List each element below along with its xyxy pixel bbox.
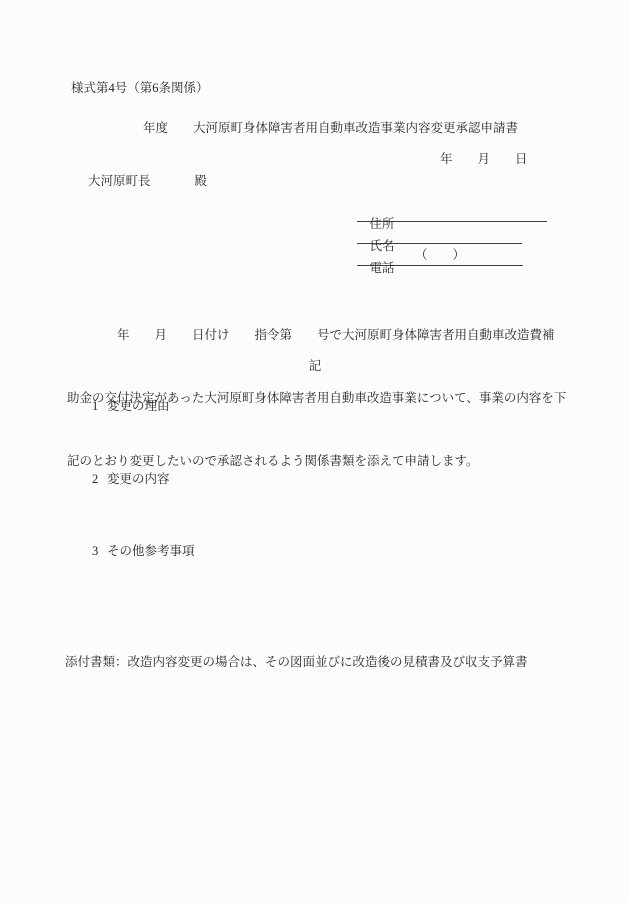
addressee-honorific: 殿 (195, 175, 208, 188)
addressee-name: 大河原町長 (88, 175, 151, 188)
body-paragraph-line-1: 年 月 日付け 指令第 号で大河原町身体障害者用自動車改造費補 (67, 325, 575, 346)
phone-area-code-parentheses: （ ） (415, 249, 465, 262)
title-main-text: 大河原町身体障害者用自動車改造事業内容変更承認申請書 (193, 122, 518, 135)
list-item-1-label: 変更の理由 (107, 400, 170, 413)
list-item-2-label: 変更の内容 (107, 473, 170, 486)
address-field: 住所 (357, 205, 547, 222)
list-item-reason: 1 変更の理由 (92, 400, 170, 413)
list-item-2-number: 2 (92, 473, 107, 486)
record-marker: 記 (0, 360, 630, 373)
body-paragraph-line-3: 記のとおり変更したいので承認されるよう関係書類を添えて申請します。 (67, 451, 575, 472)
date-blank-line: 年 月 日 (440, 153, 528, 166)
name-field: 氏名 (357, 227, 522, 244)
list-item-3-number: 3 (92, 545, 107, 558)
list-item-content: 2 変更の内容 (92, 473, 170, 486)
list-item-1-number: 1 (92, 400, 107, 413)
document-page: 様式第4号（第6条関係） 年度 大河原町身体障害者用自動車改造事業内容変更承認申… (0, 0, 630, 903)
phone-field-label: 電話 (370, 261, 395, 275)
list-item-other-notes: 3 その他参考事項 (92, 545, 195, 558)
form-number-note: 様式第4号（第6条関係） (71, 82, 209, 95)
list-item-3-label: その他参考事項 (107, 545, 195, 558)
title-fiscal-year-prefix: 年度 (143, 122, 168, 135)
phone-field: 電話 （ ） (357, 249, 523, 266)
attachments-note: 添付書類：改造内容変更の場合は、その図面並びに改造後の見積書及び収支予算書 (65, 656, 528, 669)
document-title: 年度 大河原町身体障害者用自動車改造事業内容変更承認申請書 (143, 122, 518, 135)
addressee-line: 大河原町長 殿 (88, 175, 207, 188)
